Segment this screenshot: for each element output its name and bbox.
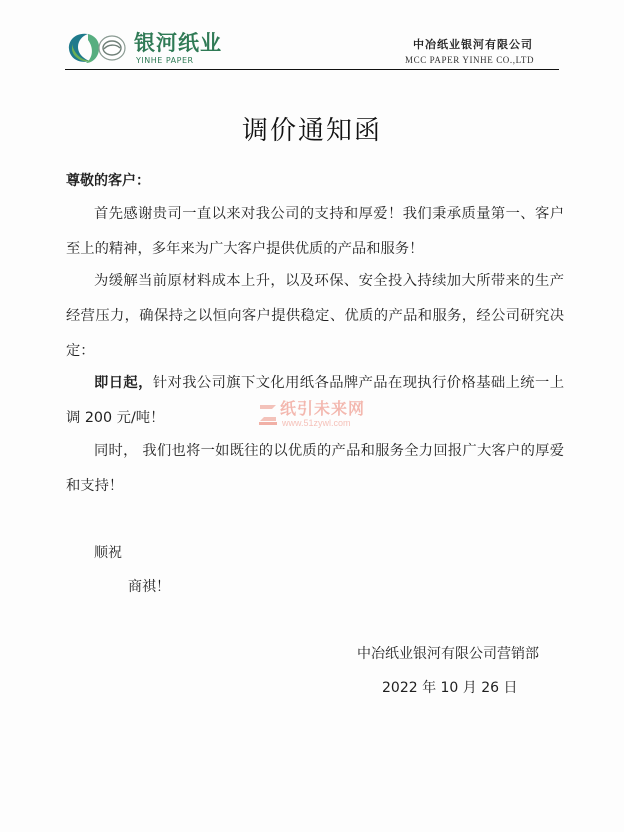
watermark: 纸引未来网 www.51zywl.com — [258, 400, 378, 432]
company-name-cn: 中冶纸业银河有限公司 — [413, 38, 533, 52]
watermark-name: 纸引未来网 — [280, 400, 365, 418]
salutation: 尊敬的客户： — [66, 172, 150, 190]
header-divider — [65, 69, 559, 70]
watermark-url: www.51zywl.com — [282, 418, 351, 428]
paragraph-text: 同时， 我们也将一如既往的以优质的产品和服务全力回报广大客户的厚爱和支持！ — [66, 443, 564, 494]
paragraph-text: 为缓解当前原材料成本上升，以及环保、安全投入持续加大所带来的生产经营压力，确保持… — [66, 273, 564, 359]
logo-name-en: YINHE PAPER — [136, 56, 194, 65]
document-title: 调价通知函 — [0, 115, 624, 147]
watermark-z-icon — [258, 402, 278, 426]
closing-line-1: 顺祝 — [94, 544, 122, 562]
yinhe-logo-icon — [66, 30, 128, 66]
signature-date: 2022 年 10 月 26 日 — [382, 679, 518, 697]
paragraph-commitment: 同时， 我们也将一如既往的以优质的产品和服务全力回报广大客户的厚爱和支持！ — [66, 434, 564, 504]
effective-date-emphasis: 即日起， — [94, 375, 153, 391]
paragraph-text: 首先感谢贵司一直以来对我公司的支持和厚爱！我们秉承质量第一、客户至上的精神，多年… — [66, 206, 564, 257]
company-name-en: MCC PAPER YINHE CO.,LTD — [405, 55, 534, 66]
signature-department: 中冶纸业银河有限公司营销部 — [357, 645, 539, 663]
closing-line-2: 商祺！ — [128, 578, 170, 596]
paragraph-reason: 为缓解当前原材料成本上升，以及环保、安全投入持续加大所带来的生产经营压力，确保持… — [66, 264, 564, 369]
paragraph-thanks: 首先感谢贵司一直以来对我公司的支持和厚爱！我们秉承质量第一、客户至上的精神，多年… — [66, 197, 564, 267]
logo-name-cn: 银河纸业 — [134, 31, 222, 55]
